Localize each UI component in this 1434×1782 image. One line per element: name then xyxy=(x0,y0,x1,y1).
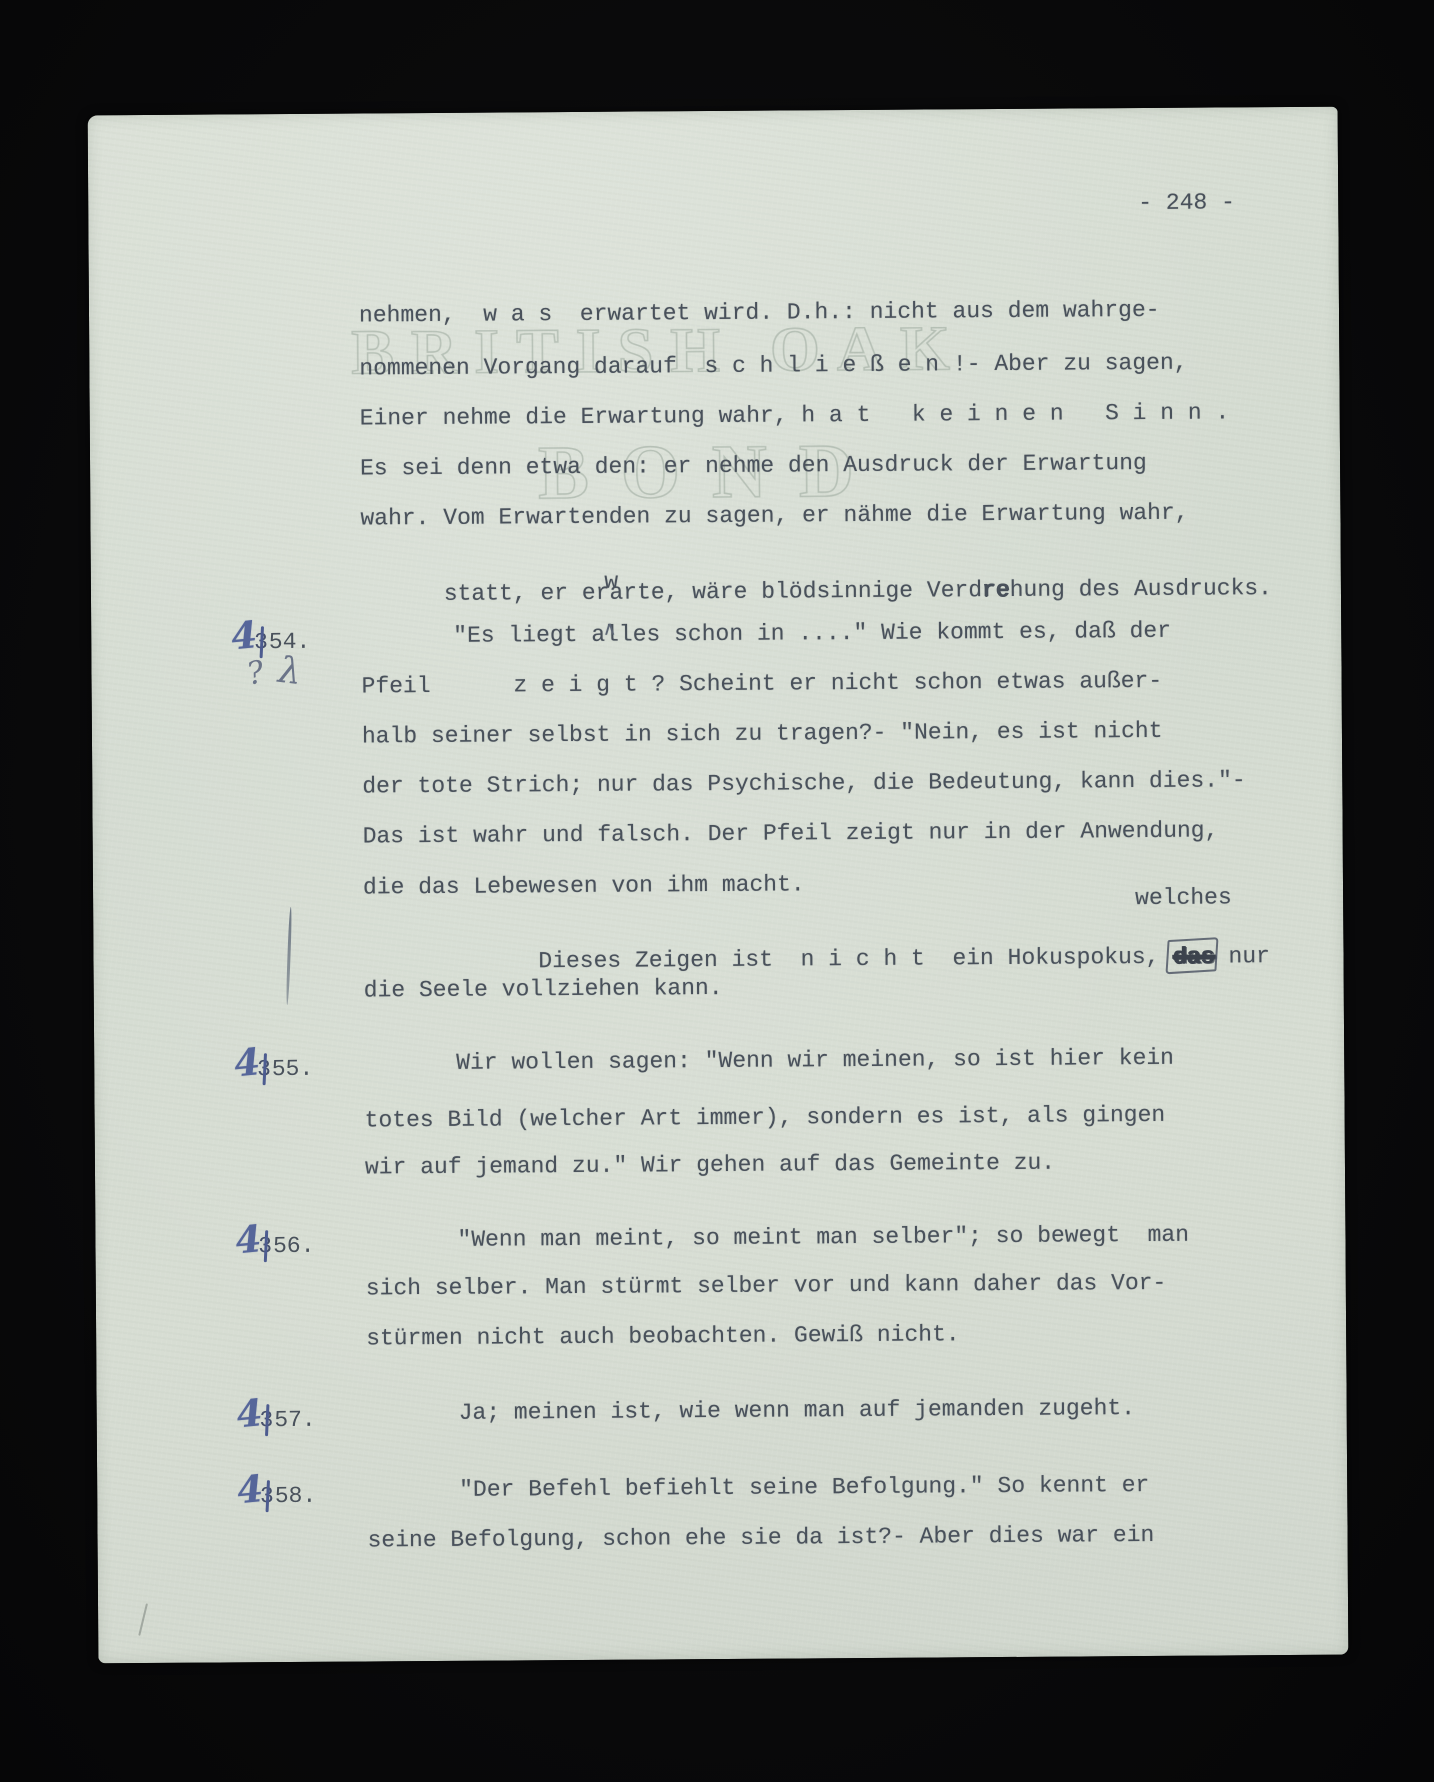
typescript-line: Das ist wahr und falsch. Der Pfeil zeigt… xyxy=(363,818,1219,850)
typescript-body: nehmen, w a s erwartet wird. D.h.: nicht… xyxy=(88,107,1338,116)
typescript-line: der tote Strich; nur das Psychische, die… xyxy=(362,767,1246,799)
typed-section-digits: 55. xyxy=(272,1058,314,1081)
struck-out-digit: 3 xyxy=(258,1235,272,1258)
typed-text: Dieses Zeigen ist n i c h t ein Hokuspok… xyxy=(538,944,1173,974)
section-number: 4358. xyxy=(237,1471,316,1509)
struck-out-digit: 3 xyxy=(259,1409,273,1432)
typescript-line: "Wenn man meint, so meint man selber"; s… xyxy=(457,1222,1189,1253)
margin-ink-stroke-annotation xyxy=(286,907,293,1005)
page-number: - 248 - xyxy=(1138,189,1235,216)
pencil-stroke-mark xyxy=(138,1603,148,1636)
typescript-line: die das Lebewesen von ihm macht. xyxy=(363,871,805,900)
typed-text: statt, er er xyxy=(444,580,610,607)
typescript-line: nehmen, w a s erwartet wird. D.h.: nicht… xyxy=(359,297,1160,329)
insertion-caret-icon: ∧ xyxy=(603,620,617,639)
margin-section-numbers: 4354.4355.4356.4357.4358. xyxy=(88,107,1338,116)
typescript-line: Pfeil z e i g t ? Scheint er nicht schon… xyxy=(362,668,1163,700)
typed-text: arte, wäre blödsinnige Verd xyxy=(609,577,982,606)
typescript-line: Ja; meinen ist, wie wenn man auf jemande… xyxy=(459,1395,1135,1426)
question-mark-annotation: ? xyxy=(244,657,267,691)
typescript-line: halb seiner selbst in sich zu tragen?- "… xyxy=(362,718,1163,750)
typescript-line: seine Befolgung, schon ehe sie da ist?- … xyxy=(367,1522,1154,1553)
typed-section-digits: 57. xyxy=(274,1409,316,1432)
margin-annotation-query: ? λ xyxy=(247,654,301,690)
typescript-line-correction-expectation: statt, er erw∧arte, wäre blödsinnige Ver… xyxy=(361,549,1273,633)
section-number: 4354. xyxy=(231,617,310,655)
typed-section-digits: 58. xyxy=(275,1485,317,1508)
section-number: 4357. xyxy=(237,1395,316,1433)
typescript-line: wir auf jemand zu." Wir gehen auf das Ge… xyxy=(365,1150,1055,1181)
typed-section-digits: 56. xyxy=(273,1235,315,1258)
section-number: 4356. xyxy=(235,1221,314,1259)
scan-background: BRITISH OAK BOND - 248 - nehmen, w a s e… xyxy=(0,0,1434,1782)
typescript-line: "Der Befehl befiehlt seine Befolgung." S… xyxy=(459,1472,1149,1503)
struck-out-digit: 3 xyxy=(260,1485,274,1508)
typescript-line: Einer nehme die Erwartung wahr, h a t k … xyxy=(360,399,1230,431)
inserted-word-above: welches xyxy=(1135,884,1232,911)
deleted-word: das xyxy=(1173,944,1215,970)
typescript-line: wahr. Vom Erwartenden zu sagen, er nähme… xyxy=(360,500,1188,532)
typescript-line: sich selber. Man stürmt selber vor und k… xyxy=(366,1270,1167,1302)
typed-text: hung des Ausdrucks. xyxy=(1010,575,1272,603)
typescript-page: BRITISH OAK BOND - 248 - nehmen, w a s e… xyxy=(88,107,1349,1664)
struck-out-digit: 3 xyxy=(254,631,268,654)
typed-text: nur xyxy=(1215,943,1270,969)
inserted-letter: w xyxy=(604,571,618,594)
typescript-line-correction-hokuspokus: Dieses Zeigen ist n i c h t ein Hokuspok… xyxy=(455,917,1270,1027)
section-number: 4355. xyxy=(234,1044,313,1082)
lambda-caret-annotation: λ xyxy=(277,653,304,691)
typescript-line: Es sei denn etwa den: er nehme den Ausdr… xyxy=(360,450,1147,481)
typescript-line: stürmen nicht auch beobachten. Gewiß nic… xyxy=(366,1321,960,1351)
typescript-line: nommenen Vorgang darauf s c h l i e ß e … xyxy=(359,350,1187,382)
struck-out-digit: 3 xyxy=(257,1058,271,1081)
overstruck-letters: re xyxy=(982,577,1010,603)
typescript-line: totes Bild (welcher Art immer), sondern … xyxy=(365,1102,1166,1134)
typescript-line: Wir wollen sagen: "Wenn wir meinen, so i… xyxy=(456,1045,1174,1076)
